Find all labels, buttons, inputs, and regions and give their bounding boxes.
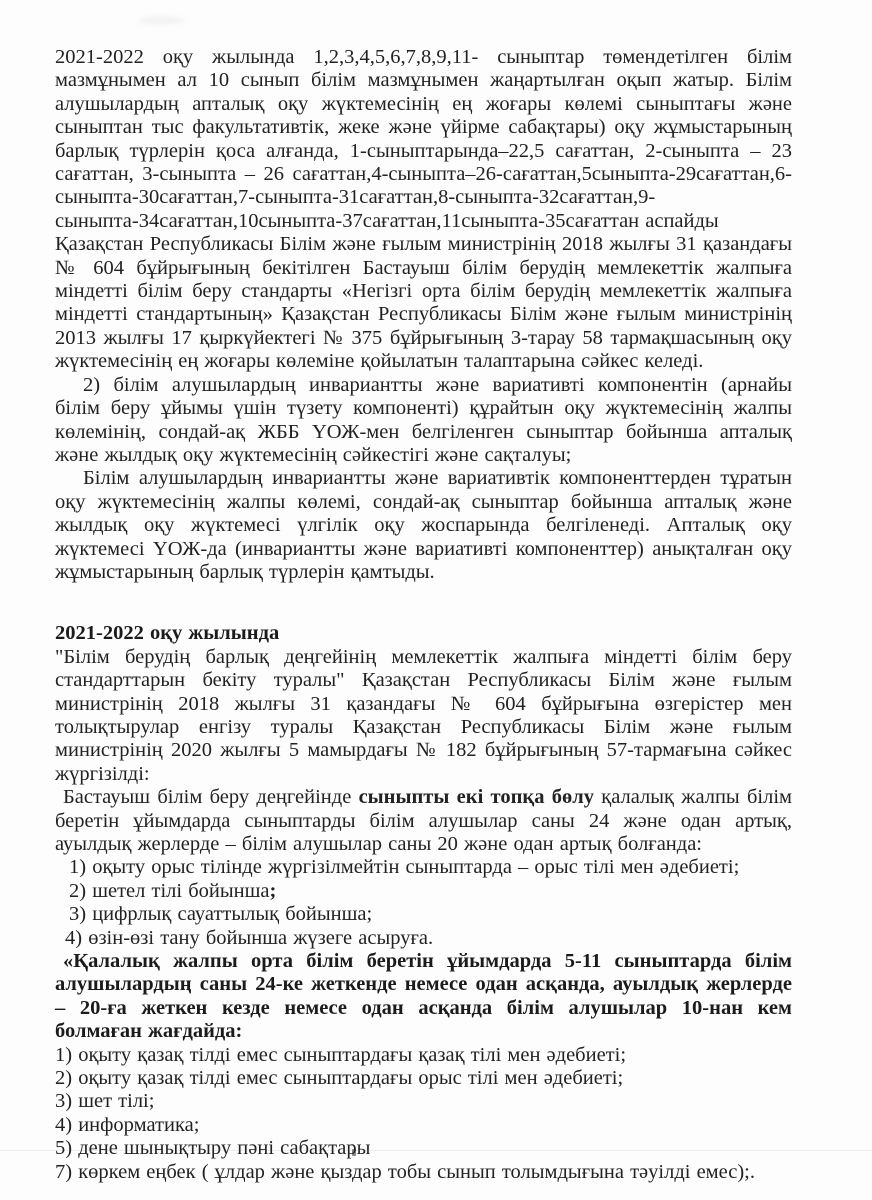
bold-text-run: «Қалалық жалпы орта білім беретін ұйымда… (55, 950, 792, 1042)
bold-text-run: ; (269, 880, 276, 902)
split-list-item-3: 3) цифрлық сауаттылық бойынша; (55, 903, 792, 926)
document-body: 2021-2022 оқу жылында 1,2,3,4,5,6,7,8,9,… (55, 46, 792, 1184)
subjects-list-item-5: 5) дене шынықтыру пәні сабақтары (55, 1137, 792, 1160)
scan-line-artifact (0, 1150, 872, 1151)
subjects-list-item-4: 4) информатика; (55, 1114, 792, 1137)
workload-paragraph: Білім алушылардың инвариантты және вариа… (55, 467, 792, 584)
bold-text-run: сыныпты екі топқа бөлу (359, 786, 594, 808)
subjects-list-item-1: 1) оқыту қазақ тілді емес сыныптардағы қ… (55, 1044, 792, 1067)
subjects-list-item-3: 3) шет тілі; (55, 1090, 792, 1113)
ministry-order-paragraph: Қазақстан Республикасы Білім және ғылым … (55, 233, 792, 373)
text-run: 2) білім алушылардың инвариантты және ва… (55, 374, 792, 466)
text-run: Қазақстан Республикасы Білім және ғылым … (55, 233, 792, 372)
city-schools-bold-paragraph: «Қалалық жалпы орта білім беретін ұйымда… (55, 950, 792, 1044)
scanned-document-page: 2021-2022 оқу жылында 1,2,3,4,5,6,7,8,9,… (0, 0, 872, 1200)
standards-amendment-paragraph: "Білім берудің барлық деңгейінің мемлеке… (55, 646, 792, 786)
text-run: 2) шетел тілі бойынша (69, 880, 269, 902)
text-run: 2021-2022 оқу жылында 1,2,3,4,5,6,7,8,9,… (55, 46, 792, 232)
text-run: 3) цифрлық сауаттылық бойынша; (69, 903, 372, 925)
text-run: 4) өзін-өзі тану бойынша жүзеге асыруға. (65, 927, 433, 949)
text-run: "Білім берудің барлық деңгейінің мемлеке… (55, 646, 792, 785)
text-run: 5) дене шынықтыру пәні сабақтары (55, 1137, 370, 1159)
invariant-component-paragraph: 2) білім алушылардың инвариантты және ва… (55, 374, 792, 468)
text-run: Бастауыш білім беру деңгейінде (63, 786, 359, 808)
bold-text-run: 2021-2022 оқу жылында (55, 622, 279, 644)
intro-paragraph: 2021-2022 оқу жылында 1,2,3,4,5,6,7,8,9,… (55, 46, 792, 233)
text-run: Білім алушылардың инвариантты және вариа… (55, 467, 792, 583)
scan-smudge-artifact (138, 16, 184, 25)
subjects-list-item-7: 7) көркем еңбек ( ұлдар және қыздар тобы… (55, 1161, 792, 1184)
text-run: 1) оқыту қазақ тілді емес сыныптардағы қ… (55, 1044, 626, 1066)
scan-speck-artifact (352, 1149, 356, 1156)
text-run: 4) информатика; (55, 1114, 199, 1136)
split-list-item-1: 1) оқыту орыс тілінде жүргізілмейтін сын… (55, 856, 792, 879)
text-run: 2) оқыту қазақ тілді емес сыныптардағы о… (55, 1067, 623, 1089)
school-year-heading: 2021-2022 оқу жылында (55, 622, 792, 645)
text-run: 3) шет тілі; (55, 1090, 154, 1112)
class-split-paragraph: Бастауыш білім беру деңгейінде сыныпты е… (55, 786, 792, 856)
text-run: 7) көркем еңбек ( ұлдар және қыздар тобы… (55, 1161, 755, 1183)
split-list-item-4: 4) өзін-өзі тану бойынша жүзеге асыруға. (55, 927, 792, 950)
subjects-list-item-2: 2) оқыту қазақ тілді емес сыныптардағы о… (55, 1067, 792, 1090)
split-list-item-2: 2) шетел тілі бойынша; (55, 880, 792, 903)
text-run: 1) оқыту орыс тілінде жүргізілмейтін сын… (69, 856, 739, 878)
